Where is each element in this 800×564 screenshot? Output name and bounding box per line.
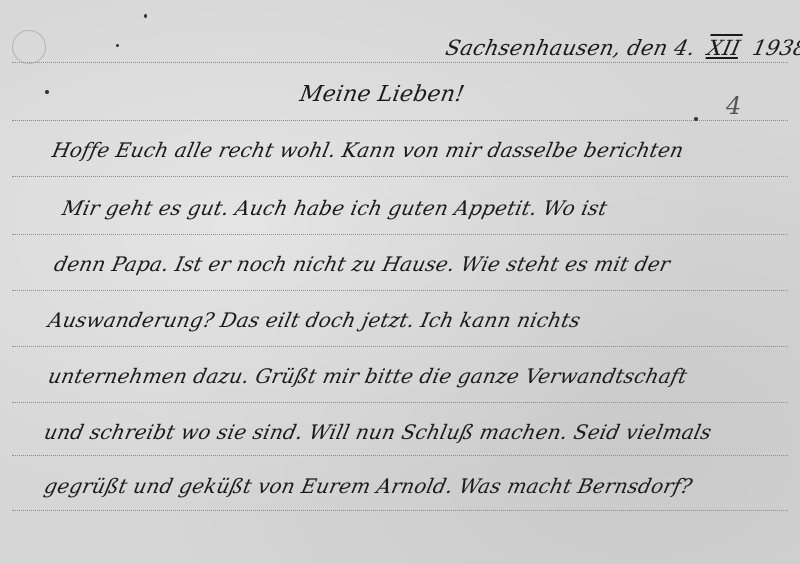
body-line: denn Papa. Ist er noch nicht zu Hause. W… [52, 252, 672, 276]
letter-page: Sachsenhausen, den 4. XII 1938 Meine Lie… [0, 0, 800, 564]
paper-speck [144, 14, 147, 18]
dateline-month: XII [705, 36, 742, 60]
greeting: Meine Lieben! [298, 82, 467, 107]
ruled-line [12, 234, 788, 235]
ruled-line [12, 120, 788, 121]
dateline: Sachsenhausen, den 4. XII 1938 [443, 36, 800, 60]
page-number-mark: 4 [726, 92, 741, 120]
ruled-line [12, 455, 788, 456]
body-line: Hoffe Euch alle recht wohl. Kann von mir… [50, 138, 686, 162]
ruled-line [12, 402, 788, 403]
ruled-line [12, 62, 788, 63]
ruled-line [12, 510, 788, 511]
paper-speck [694, 117, 698, 121]
dateline-year: 1938 [750, 36, 800, 60]
body-line: gegrüßt und geküßt von Eurem Arnold. Was… [42, 474, 695, 498]
body-line: und schreibt wo sie sind. Will nun Schlu… [42, 420, 714, 444]
body-line: Auswanderung? Das eilt doch jetzt. Ich k… [46, 308, 583, 332]
ruled-line [12, 346, 788, 347]
ruled-line [12, 290, 788, 291]
punch-hole-mark [12, 30, 46, 64]
paper-speck [116, 44, 119, 47]
dateline-day: den 4. [625, 36, 697, 60]
body-line: Mir geht es gut. Auch habe ich guten App… [60, 196, 610, 220]
body-line: unternehmen dazu. Grüßt mir bitte die ga… [46, 364, 690, 388]
ruled-line [12, 176, 788, 177]
paper-speck [45, 90, 49, 94]
dateline-place: Sachsenhausen, [443, 36, 623, 60]
